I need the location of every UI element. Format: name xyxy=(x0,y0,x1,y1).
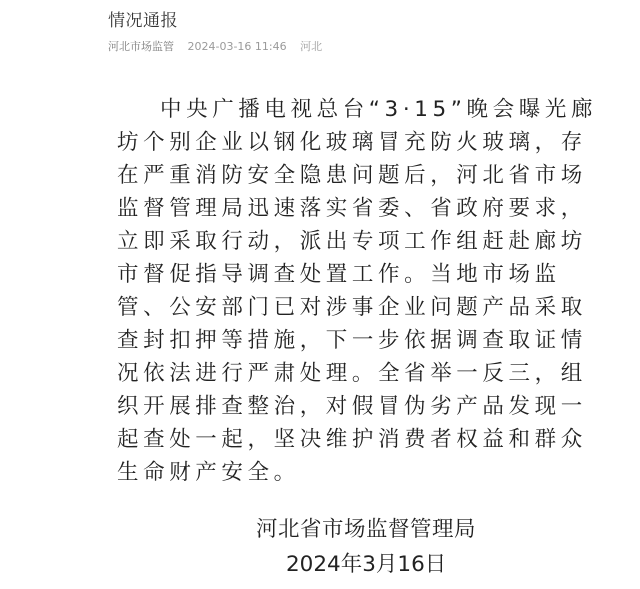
body-line: 起查处一起，坚决维护消费者权益和群众 xyxy=(117,423,517,456)
body-line: 在严重消防安全隐患问题后，河北省市场 xyxy=(117,159,517,192)
source-account-link[interactable]: 河北市场监管 xyxy=(108,40,174,53)
article-meta: 河北市场监管 2024-03-16 11:46 河北 xyxy=(108,38,332,54)
issue-date: 2024年3月16日 xyxy=(286,547,446,578)
body-line: 织开展排查整治，对假冒伪劣产品发现一 xyxy=(117,390,517,423)
body-line: 管、公安部门已对涉事企业问题产品采取 xyxy=(117,291,517,324)
body-line: 立即采取行动，派出专项工作组赶赴廊坊 xyxy=(117,225,517,258)
body-line: 生命财产安全。 xyxy=(117,456,517,489)
article-title: 情况通报 xyxy=(108,6,178,31)
issuer-signature: 河北省市场监督管理局 xyxy=(256,512,476,543)
body-line: 况依法进行严肃处理。全省举一反三，组 xyxy=(117,357,517,390)
article-body: 中央广播电视总台“3·15”晚会曝光廊 坊个别企业以钢化玻璃冒充防火玻璃，存 在… xyxy=(117,93,517,489)
body-line: 市督促指导调查处置工作。当地市场监 xyxy=(117,258,517,291)
body-line: 查封扣押等措施，下一步依据调查取证情 xyxy=(117,324,517,357)
body-line: 坊个别企业以钢化玻璃冒充防火玻璃，存 xyxy=(117,126,517,159)
publish-timestamp: 2024-03-16 11:46 xyxy=(188,40,287,53)
body-line: 监督管理局迅速落实省委、省政府要求， xyxy=(117,192,517,225)
body-line: 中央广播电视总台“3·15”晚会曝光廊 xyxy=(117,93,517,126)
publish-location: 河北 xyxy=(300,40,322,53)
